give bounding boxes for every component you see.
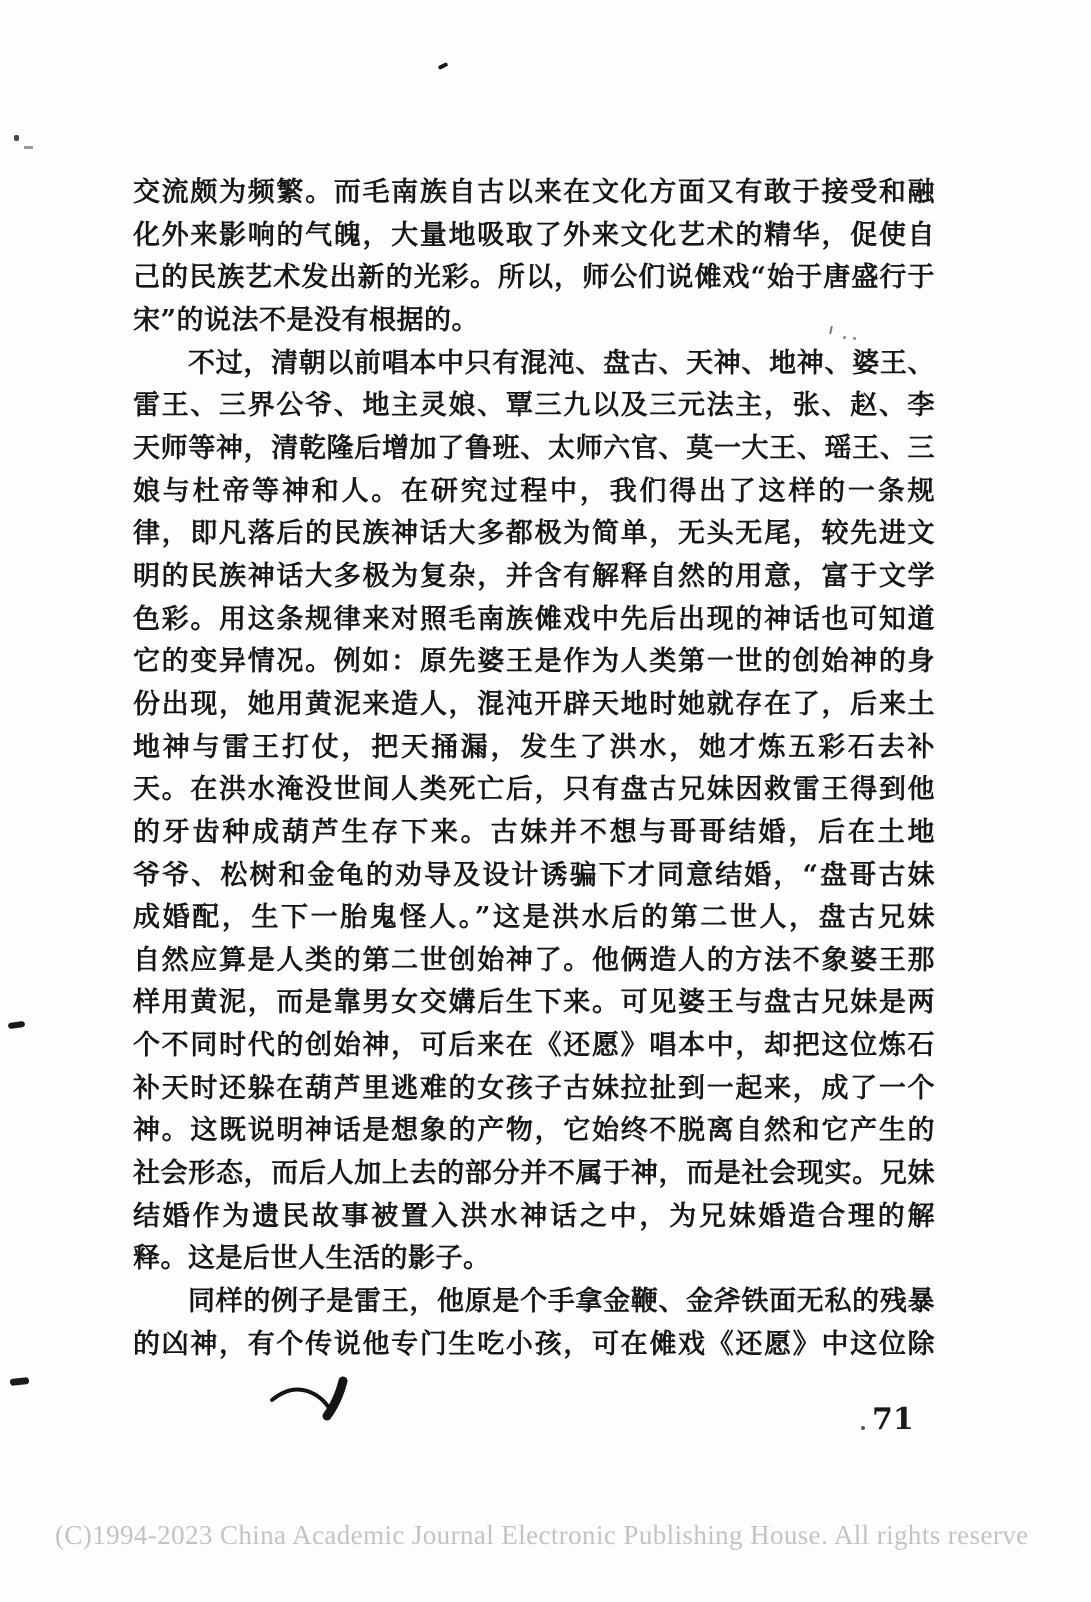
text-line: 雷王、三界公爷、地主灵娘、覃三九以及三元法主，张、赵、李 xyxy=(133,385,935,428)
text-line: 律，即凡落后的民族神话大多都极为简单，无头无尾，较先进文 xyxy=(133,513,935,556)
text-line: 释。这是后世人生活的影子。 xyxy=(133,1238,935,1281)
text-line: 的凶神，有个传说他专门生吃小孩，可在傩戏《还愿》中这位除 xyxy=(133,1324,935,1367)
document-page: 交流颇为频繁。而毛南族自古以来在文化方面又有敢于接受和融化外来影响的气魄，大量地… xyxy=(0,0,1091,1602)
text-line: 的牙齿种成葫芦生存下来。古妹并不想与哥哥结婚，后在土地 xyxy=(133,812,935,855)
text-line: 它的变异情况。例如：原先婆王是作为人类第一世的创始神的身 xyxy=(133,641,935,684)
text-line: 爷爷、松树和金龟的劝导及设计诱骗下才同意结婚，“盘哥古妹 xyxy=(133,855,935,898)
text-line: 样用黄泥，而是靠男女交媾后生下来。可见婆王与盘古兄妹是两 xyxy=(133,982,935,1025)
text-line: 不过，清朝以前唱本中只有混沌、盘古、天神、地神、婆王、 xyxy=(133,343,935,386)
text-line: 己的民族艺术发出新的光彩。所以，师公们说傩戏“始于唐盛行于 xyxy=(133,257,935,300)
text-line: 成婚配，生下一胎鬼怪人。”这是洪水后的第二世人，盘古兄妹 xyxy=(133,897,935,940)
scan-artifact xyxy=(843,336,846,339)
text-line: 天。在洪水淹没世间人类死亡后，只有盘古兄妹因救雷王得到他 xyxy=(133,769,935,812)
text-line: 补天时还躲在葫芦里逃难的女孩子古妹拉扯到一起来，成了一个 xyxy=(133,1068,935,1111)
text-line: 娘与杜帝等神和人。在研究过程中，我们得出了这样的一条规 xyxy=(133,471,935,514)
text-line: 神。这既说明神话是想象的产物，它始终不脱离自然和它产生的 xyxy=(133,1110,935,1153)
text-line: 交流颇为频繁。而毛南族自古以来在文化方面又有敢于接受和融 xyxy=(133,172,935,215)
text-line: 社会形态，而后人加上去的部分并不属于神，而是社会现实。兄妹 xyxy=(133,1153,935,1196)
scan-artifact xyxy=(14,135,19,141)
text-line: 明的民族神话大多极为复杂，并含有解释自然的用意，富于文学 xyxy=(133,556,935,599)
text-line: 结婚作为遗民故事被置入洪水神话之中，为兄妹婚造合理的解 xyxy=(133,1196,935,1239)
scan-artifact xyxy=(10,1377,30,1386)
text-line: 化外来影响的气魄，大量地吸取了外来文化艺术的精华，促使自 xyxy=(133,215,935,258)
page-number: 71 xyxy=(872,1402,914,1437)
text-line: 份出现，她用黄泥来造人，混沌开辟天地时她就存在了，后来土 xyxy=(133,684,935,727)
scan-artifact xyxy=(438,62,449,70)
text-line: 同样的例子是雷王，他原是个手拿金鞭、金斧铁面无私的残暴 xyxy=(133,1281,935,1324)
text-block: 交流颇为频繁。而毛南族自古以来在文化方面又有敢于接受和融化外来影响的气魄，大量地… xyxy=(133,172,935,1366)
scan-artifact xyxy=(8,1021,26,1029)
text-line: 地神与雷王打仗，把天捅漏，发生了洪水，她才炼五彩石去补 xyxy=(133,727,935,770)
scan-artifact xyxy=(853,337,856,340)
handwritten-checkmark xyxy=(268,1376,360,1424)
text-line: 色彩。用这条规律来对照毛南族傩戏中先后出现的神话也可知道 xyxy=(133,599,935,642)
copyright-watermark: (C)1994-2023 China Academic Journal Elec… xyxy=(55,1520,1029,1551)
text-line: 个不同时代的创始神，可后来在《还愿》唱本中，却把这位炼石 xyxy=(133,1025,935,1068)
text-line: 自然应算是人类的第二世创始神了。他俩造人的方法不象婆王那 xyxy=(133,940,935,983)
scan-artifact xyxy=(860,1425,865,1430)
text-line: 宋”的说法不是没有根据的。 xyxy=(133,300,935,343)
text-line: 天师等神，清乾隆后增加了鲁班、太师六官、莫一大王、瑶王、三 xyxy=(133,428,935,471)
scan-artifact xyxy=(24,146,33,149)
